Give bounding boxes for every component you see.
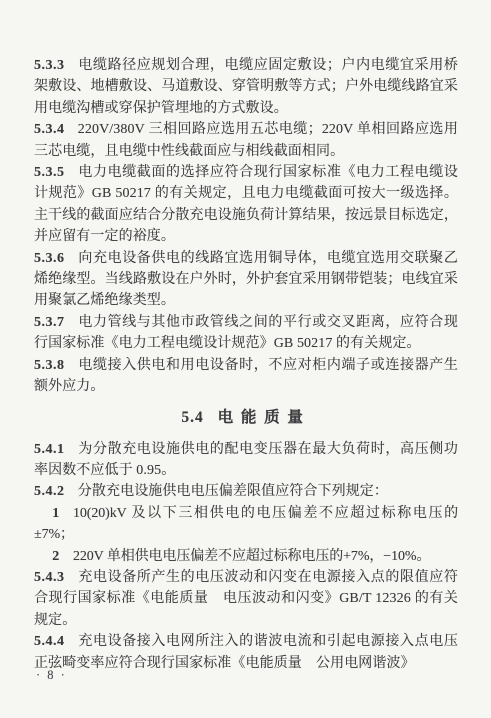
clause-text: 电力电缆截面的选择应符合现行国家标准《电力工程电缆设计规范》GB 50217 的…	[34, 165, 458, 244]
section-heading-5-4: 5.4电能质量	[34, 407, 458, 429]
clause-text: 充电设备所产生的电压波动和闪变在电源接入点的限值应符合现行国家标准《电能质量 电…	[34, 570, 458, 628]
clause-5-4-2: 5.4.2分散充电设施供电电压偏差限值应符合下列规定：	[34, 481, 458, 502]
clause-text: 分散充电设施供电电压偏差限值应符合下列规定：	[78, 484, 388, 499]
clause-number: 5.4.4	[34, 634, 65, 649]
clause-5-3-4: 5.3.4220V/380V 三相回路应选用五芯电缆；220V 单相回路应选用三…	[34, 119, 458, 162]
clause-number: 5.3.8	[34, 358, 65, 373]
clause-text: 电力管线与其他市政管线之间的平行或交叉距离，应符合现行国家标准《电力工程电缆设计…	[34, 315, 458, 351]
clause-5-4-4: 5.4.4充电设备接入电网所注入的谐波电流和引起电源接入点电压正弦畸变率应符合现…	[34, 631, 458, 674]
page-number: · 8 ·	[36, 668, 67, 683]
clause-text: 充电设备接入电网所注入的谐波电流和引起电源接入点电压正弦畸变率应符合现行国家标准…	[34, 634, 458, 670]
clause-text: 电缆路径应规划合理，电缆应固定敷设；户内电缆宜采用桥架敷设、地槽敷设、马道敷设、…	[34, 58, 458, 116]
clause-text: 220V/380V 三相回路应选用五芯电缆；220V 单相回路应选用三芯电缆，且…	[34, 122, 458, 158]
list-item-2: 2220V 单相供电电压偏差不应超过标称电压的+7%，−10%。	[34, 546, 458, 567]
clause-number: 5.4.3	[34, 570, 65, 585]
list-item-1: 110(20)kV 及以下三相供电的电压偏差不应超过标称电压的±7%；	[34, 503, 458, 546]
clause-text: 为分散充电设施供电的配电变压器在最大负荷时，高压侧功率因数不应低于 0.95。	[34, 442, 458, 478]
clause-5-3-6: 5.3.6向充电设备供电的线路宜选用铜导体，电缆宜选用交联聚乙烯绝缘型。当线路敷…	[34, 248, 458, 312]
item-text: 220V 单相供电电压偏差不应超过标称电压的+7%，−10%。	[73, 549, 430, 564]
clause-5-3-3: 5.3.3电缆路径应规划合理，电缆应固定敷设；户内电缆宜采用桥架敷设、地槽敷设、…	[34, 55, 458, 119]
clause-number: 5.4.1	[34, 442, 65, 457]
clause-5-3-8: 5.3.8电缆接入供电和用电设备时，不应对柜内端子或连接器产生额外应力。	[34, 355, 458, 398]
clause-number: 5.3.4	[34, 122, 65, 137]
clause-number: 5.3.3	[34, 58, 65, 73]
section-title: 电能质量	[218, 409, 311, 426]
clause-5-4-3: 5.4.3充电设备所产生的电压波动和闪变在电源接入点的限值应符合现行国家标准《电…	[34, 567, 458, 631]
clause-5-3-5: 5.3.5电力电缆截面的选择应符合现行国家标准《电力工程电缆设计规范》GB 50…	[34, 162, 458, 248]
clause-number: 5.3.7	[34, 315, 65, 330]
item-text: 10(20)kV 及以下三相供电的电压偏差不应超过标称电压的±7%；	[34, 506, 458, 542]
document-page: 5.3.3电缆路径应规划合理，电缆应固定敷设；户内电缆宜采用桥架敷设、地槽敷设、…	[0, 0, 491, 718]
item-number: 2	[52, 549, 60, 564]
item-number: 1	[52, 506, 60, 521]
page-body: 5.3.3电缆路径应规划合理，电缆应固定敷设；户内电缆宜采用桥架敷设、地槽敷设、…	[34, 55, 458, 674]
clause-number: 5.3.5	[34, 165, 65, 180]
clause-number: 5.3.6	[34, 251, 65, 266]
clause-text: 电缆接入供电和用电设备时，不应对柜内端子或连接器产生额外应力。	[34, 358, 458, 394]
clause-5-3-7: 5.3.7电力管线与其他市政管线之间的平行或交叉距离，应符合现行国家标准《电力工…	[34, 312, 458, 355]
clause-text: 向充电设备供电的线路宜选用铜导体，电缆宜选用交联聚乙烯绝缘型。当线路敷设在户外时…	[34, 251, 458, 309]
section-number: 5.4	[181, 409, 203, 426]
clause-number: 5.4.2	[34, 484, 65, 499]
clause-5-4-1: 5.4.1为分散充电设施供电的配电变压器在最大负荷时，高压侧功率因数不应低于 0…	[34, 439, 458, 482]
